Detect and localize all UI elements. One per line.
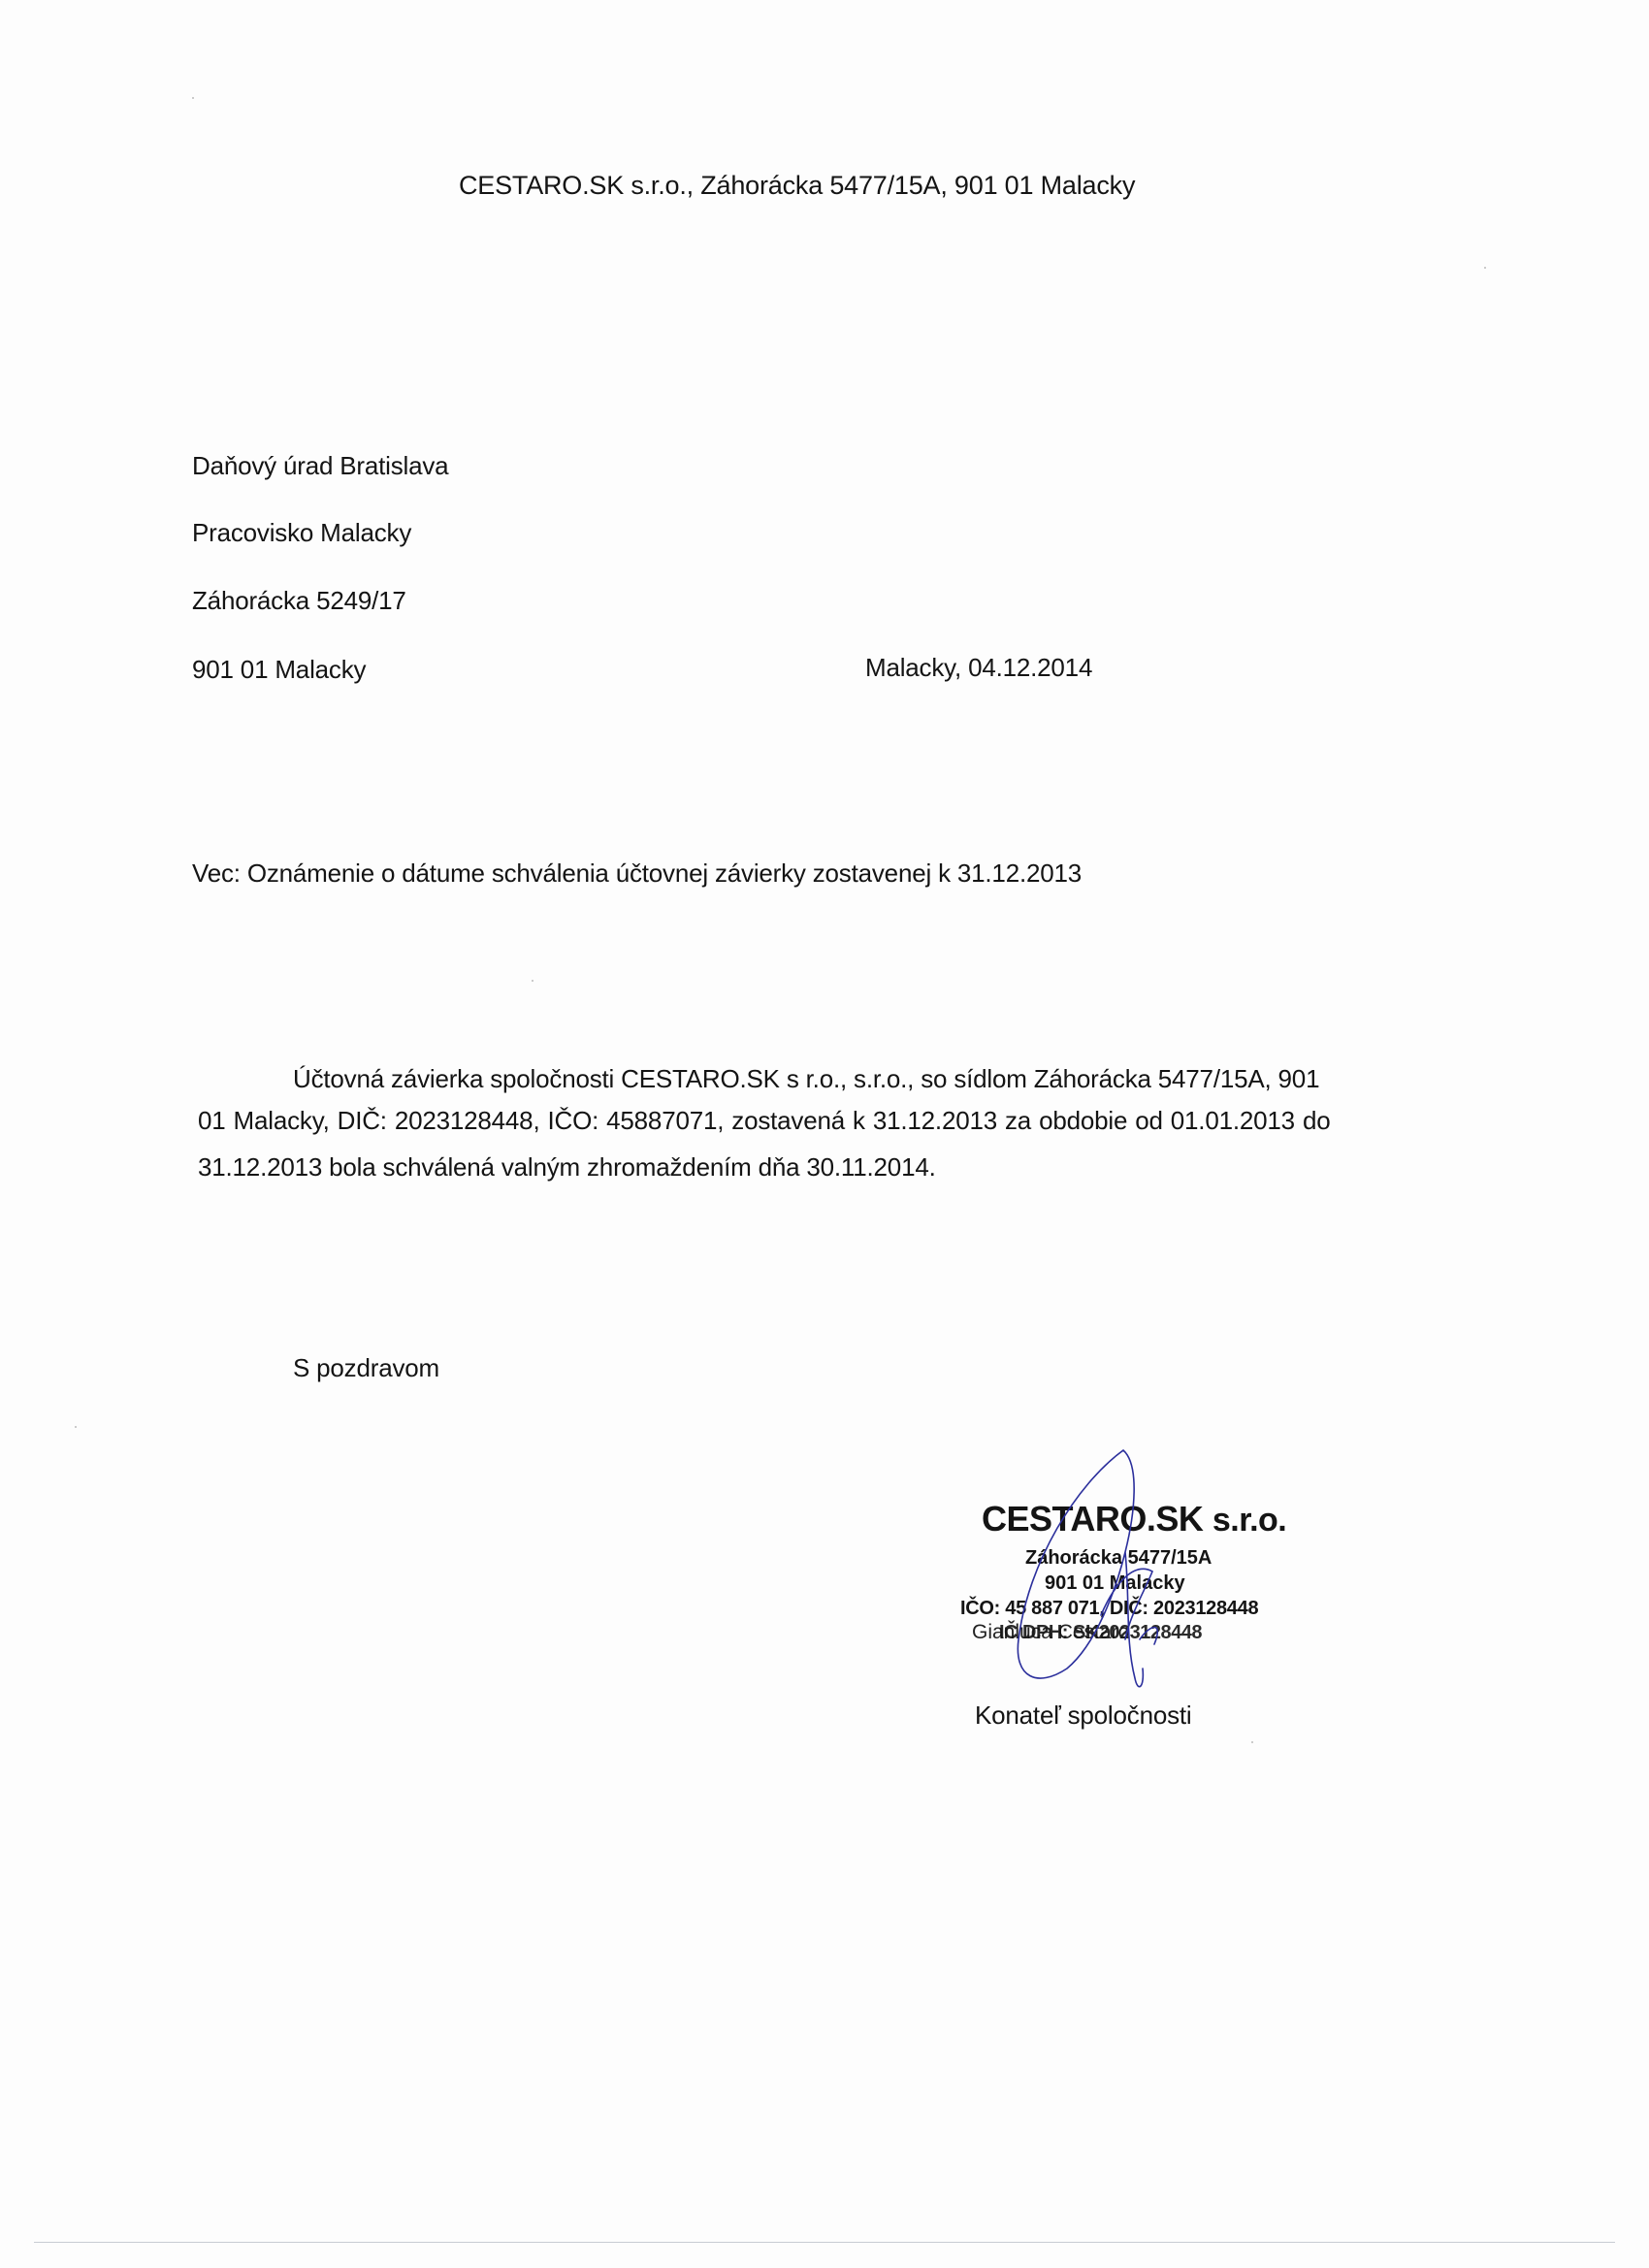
stamp-company-suffix: s.r.o. — [1212, 1502, 1286, 1539]
scan-speck — [1251, 1741, 1253, 1743]
scan-speck — [75, 1426, 77, 1428]
recipient-line-city: 901 01 Malacky — [192, 655, 366, 685]
body-line-1: Účtovná závierka spoločnosti CESTARO.SK … — [293, 1064, 1319, 1094]
stamp-ids: IČO: 45 887 071, DIČ: 2023128448 — [960, 1598, 1258, 1620]
scan-speck — [1484, 267, 1486, 269]
company-stamp: CESTARO.SK s.r.o. Záhorácka 5477/15A 901… — [960, 1499, 1329, 1693]
subject-line: Vec: Oznámenie o dátume schválenia účtov… — [192, 859, 1082, 889]
stamp-street: Záhorácka 5477/15A — [1025, 1547, 1212, 1570]
stamp-city: 901 01 Malacky — [1045, 1572, 1185, 1595]
recipient-line-branch: Pracovisko Malacky — [192, 518, 411, 548]
body-line-3: 31.12.2013 bola schválená valným zhromaž… — [198, 1152, 936, 1183]
recipient-line-office: Daňový úrad Bratislava — [192, 451, 448, 481]
body-line-2: 01 Malacky, DIČ: 2023128448, IČO: 458870… — [198, 1106, 1330, 1136]
recipient-line-street: Záhorácka 5249/17 — [192, 586, 406, 616]
signer-role: Konateľ spoločnosti — [975, 1701, 1191, 1731]
scan-speck — [532, 980, 533, 982]
letter-page: CESTARO.SK s.r.o., Záhorácka 5477/15A, 9… — [0, 0, 1649, 2268]
scan-speck — [192, 97, 194, 99]
place-and-date: Malacky, 04.12.2014 — [865, 653, 1092, 683]
letterhead: CESTARO.SK s.r.o., Záhorácka 5477/15A, 9… — [459, 171, 1135, 201]
scan-edge-divider — [34, 2242, 1615, 2243]
stamp-company-name: CESTARO.SK s.r.o. — [982, 1499, 1286, 1539]
closing-greeting: S pozdravom — [293, 1353, 439, 1383]
stamp-company: CESTARO.SK — [982, 1499, 1203, 1539]
stamp-vat-id: IČ DPH: SK2023128448 — [999, 1622, 1202, 1644]
